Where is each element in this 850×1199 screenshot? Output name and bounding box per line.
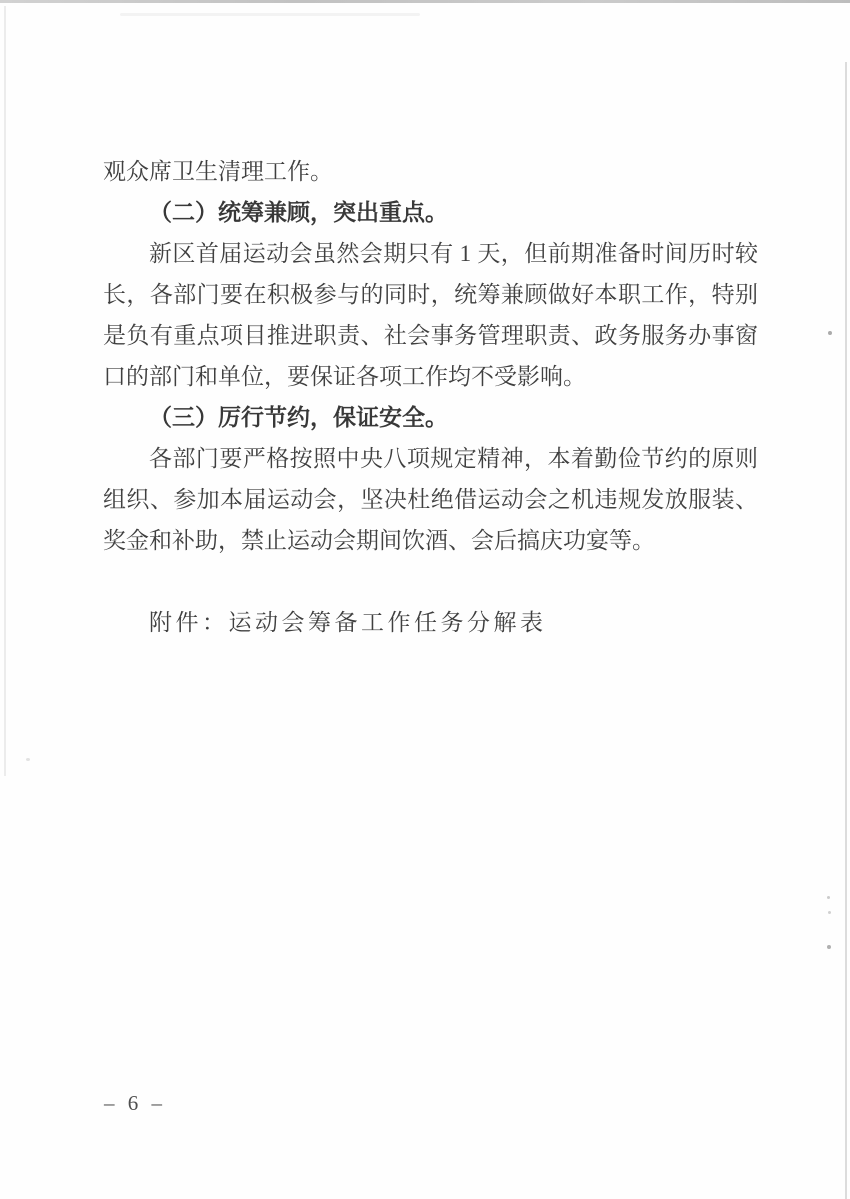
body-text-lines: 观众席卫生清理工作。（二）统筹兼顾，突出重点。新区首届运动会虽然会期只有 1 天… [103,151,758,561]
text-line: 组织、参加本届运动会，坚决杜绝借运动会之机违规发放服装、 [103,479,758,520]
text-line: （三）厉行节约，保证安全。 [103,397,758,438]
attachment-note: 附件：运动会筹备工作任务分解表 [103,602,758,643]
scan-speck [26,758,30,761]
scan-edge-right-line [845,62,847,1199]
scan-edge-top-line [0,0,850,3]
scan-smudge [120,13,420,16]
text-line: 是负有重点项目推进职责、社会事务管理职责、政务服务办事窗 [103,315,758,356]
document-body: 观众席卫生清理工作。（二）统筹兼顾，突出重点。新区首届运动会虽然会期只有 1 天… [103,151,758,643]
scanned-document-page: 观众席卫生清理工作。（二）统筹兼顾，突出重点。新区首届运动会虽然会期只有 1 天… [0,0,850,1199]
text-line: （二）统筹兼顾，突出重点。 [103,192,758,233]
scan-edge-left-line [4,6,6,776]
text-line: 观众席卫生清理工作。 [103,151,758,192]
scan-speck [828,331,832,335]
scan-speck [828,911,831,914]
scan-speck [827,896,830,899]
text-line: 长，各部门要在积极参与的同时，统筹兼顾做好本职工作，特别 [103,274,758,315]
text-line: 新区首届运动会虽然会期只有 1 天，但前期准备时间历时较 [103,233,758,274]
text-line: 各部门要严格按照中央八项规定精神，本着勤俭节约的原则 [103,438,758,479]
scan-speck [827,945,831,949]
text-line: 口的部门和单位，要保证各项工作均不受影响。 [103,356,758,397]
page-number: – 6 – [104,1091,166,1116]
text-line: 奖金和补助，禁止运动会期间饮酒、会后搞庆功宴等。 [103,520,758,561]
